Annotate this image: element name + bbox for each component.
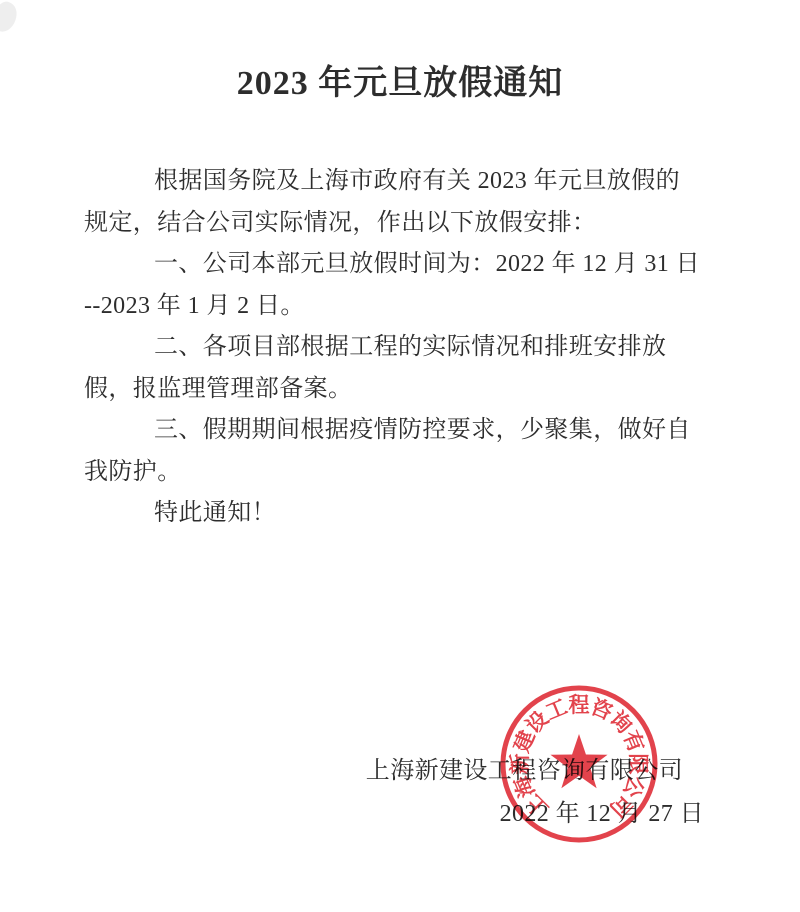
svg-text:设: 设 [521, 706, 553, 738]
svg-text:咨: 咨 [587, 694, 616, 724]
svg-text:有: 有 [618, 727, 648, 756]
body-line: 三、假期期间根据疫情防控要求，少聚集，做好自 [84, 410, 724, 452]
document-page: 2023 年元旦放假通知 根据国务院及上海市政府有关 2023 年元旦放假的 规… [0, 0, 800, 912]
scan-artifact [0, 0, 22, 35]
body-line: 根据国务院及上海市政府有关 2023 年元旦放假的 [84, 161, 724, 203]
svg-text:工: 工 [542, 694, 571, 724]
body-line: 我防护。 [84, 452, 724, 494]
body-line: 规定，结合公司实际情况，作出以下放假安排： [84, 203, 724, 245]
body-line: 特此通知！ [84, 493, 724, 535]
signature-date: 2022 年 12 月 27 日 [500, 797, 704, 831]
body-line: 一、公司本部元旦放假时间为：2022 年 12 月 31 日 [84, 244, 724, 286]
document-title: 2023 年元旦放假通知 [0, 62, 800, 106]
svg-text:程: 程 [569, 693, 590, 717]
body-line: 二、各项目部根据工程的实际情况和排班安排放 [84, 327, 724, 369]
svg-text:建: 建 [509, 727, 539, 756]
body-line: --2023 年 1 月 2 日。 [84, 286, 724, 328]
svg-text:询: 询 [605, 706, 637, 738]
body-line: 假，报监理管理部备案。 [84, 369, 724, 411]
signature-company-name: 上海新建设工程咨询有限公司 [366, 754, 683, 788]
document-body: 根据国务院及上海市政府有关 2023 年元旦放假的 规定，结合公司实际情况，作出… [84, 161, 724, 535]
